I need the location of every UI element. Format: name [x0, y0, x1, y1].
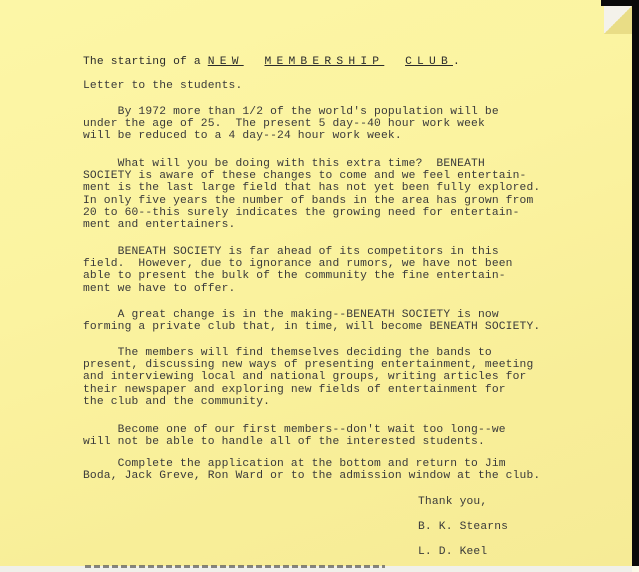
title-word-club: CLUB [405, 56, 453, 68]
paragraph-3: BENEATH SOCIETY is far ahead of its comp… [83, 246, 513, 295]
signature-1: B. K. Stearns [418, 521, 508, 533]
paragraph-2: What will you be doing with this extra t… [83, 158, 540, 231]
paragraph-5: The members will find themselves decidin… [83, 347, 533, 408]
letter-salutation: Letter to the students. [83, 80, 242, 92]
paragraph-4: A great change is in the making--BENEATH… [83, 309, 540, 333]
closing: Thank you, [418, 496, 487, 508]
perforation-line [85, 565, 385, 568]
paragraph-1: By 1972 more than 1/2 of the world's pop… [83, 106, 499, 143]
title-word-membership: MEMBERSHIP [264, 56, 384, 68]
signature-2: L. D. Keel [418, 546, 487, 558]
paragraph-6: Become one of our first members--don't w… [83, 424, 506, 448]
title-prefix: The starting of a [83, 56, 208, 68]
title-word-new: NEW [208, 56, 244, 68]
letter-title: The starting of a NEW MEMBERSHIP CLUB. [83, 56, 460, 68]
folded-corner [604, 6, 632, 34]
title-suffix: . [453, 56, 460, 68]
background-edge [632, 6, 639, 566]
paragraph-7: Complete the application at the bottom a… [83, 458, 540, 482]
